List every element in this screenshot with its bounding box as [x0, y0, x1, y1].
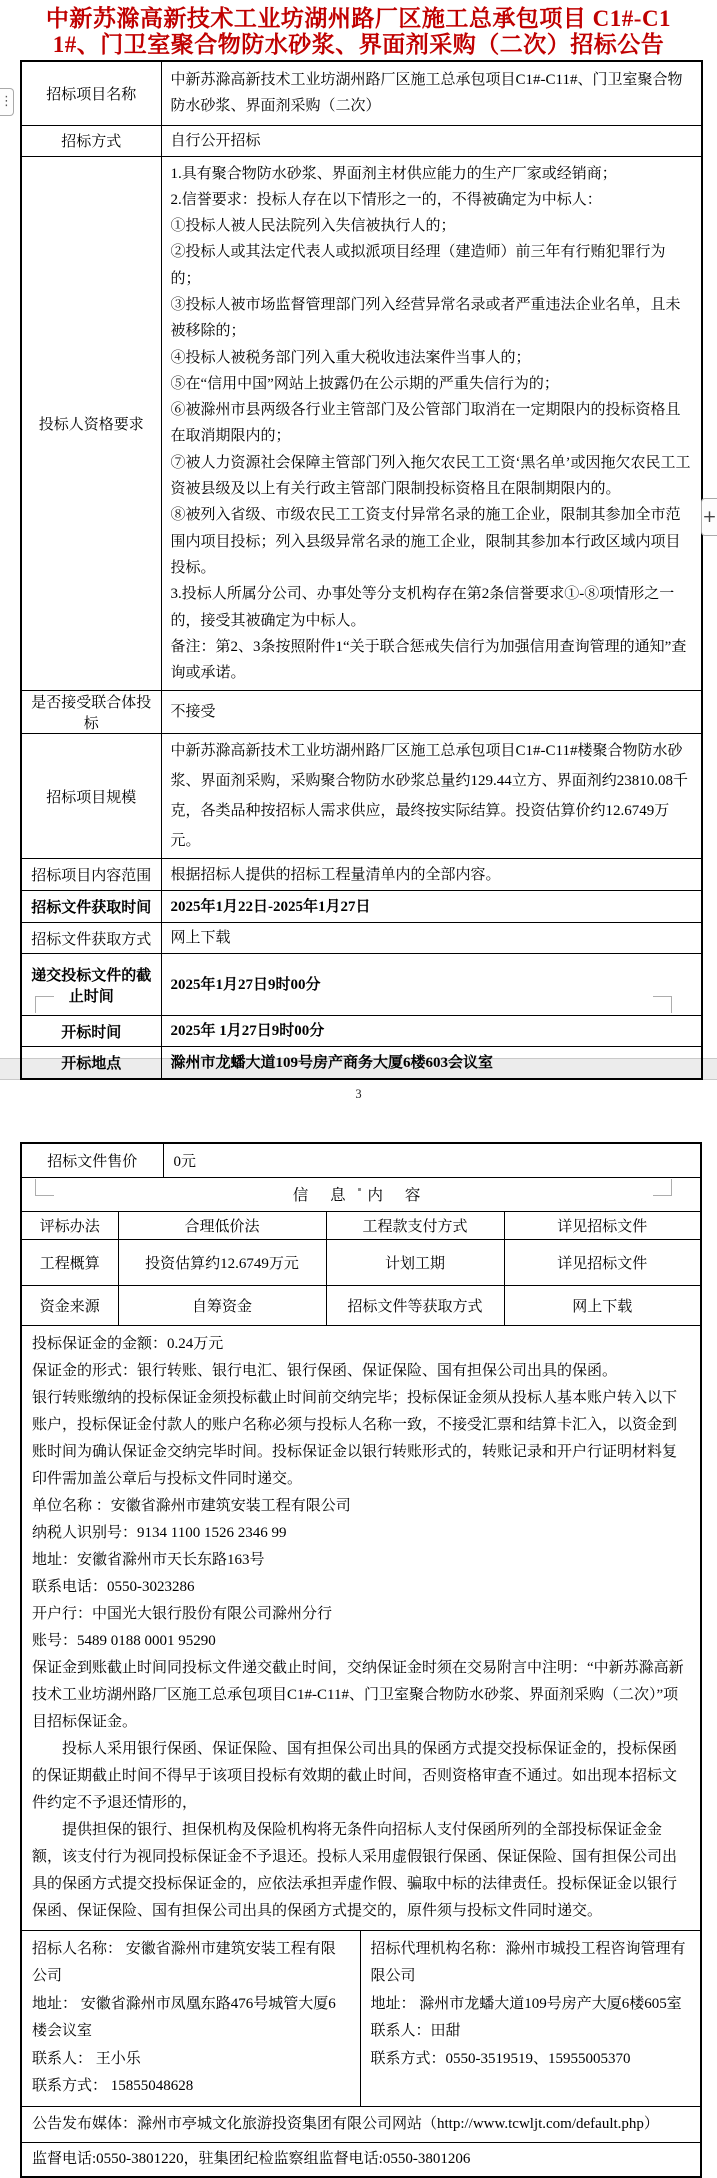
row-value: 不接受 [161, 691, 702, 734]
table-row: 招标项目内容范围 根据招标人提供的招标工程量清单内的全部内容。 [21, 859, 702, 891]
document-page-2: 招标文件售价 0元 信 息 内 容 评标办法 合理低价法 工程款支付方式 详见招… [0, 1142, 717, 2144]
sale-price-value: 0元 [163, 1143, 701, 1177]
grid-label: 工程概算 [21, 1239, 118, 1285]
page-title-line1: 中新苏滁高新技术工业坊湖州路厂区施工总承包项目 C1#-C1 [0, 6, 717, 32]
zoom-plus-button[interactable]: + [701, 498, 717, 536]
grid-label: 资金来源 [21, 1285, 118, 1325]
table-row: 招标项目规模 中新苏滁高新技术工业坊湖州路厂区施工总承包项目C1#-C11#楼聚… [21, 734, 702, 859]
grid-label: 计划工期 [326, 1239, 504, 1285]
table-row: 递交投标文件的截止时间 2025年1月27日9时00分 [21, 954, 702, 1016]
document-viewer: { "widgets": { "drag_handle_glyph": "⋮",… [0, 0, 717, 2144]
page-corner-mark [35, 1179, 54, 1196]
page-corner-mark [653, 996, 672, 1013]
page-title-line2: 1#、门卫室聚合物防水砂浆、界面剂采购（二次）招标公告 [0, 32, 717, 58]
page-number: 3 [0, 1087, 717, 1102]
row-label: 投标人资格要求 [21, 156, 161, 691]
row-label: 招标项目规模 [21, 734, 161, 859]
table-row: 招标文件售价 0元 [21, 1143, 701, 1177]
grid-label: 工程款支付方式 [326, 1211, 504, 1239]
table-row: 招标项目名称 中新苏滁高新技术工业坊湖州路厂区施工总承包项目C1#-C11#、门… [21, 61, 702, 125]
info-content-header: 信 息 内 容 [21, 1177, 701, 1211]
table-row: 监督电话:0550-3801220，驻集团纪检监察组监督电话:0550-3801… [21, 2142, 701, 2177]
page-corner-mark [35, 996, 54, 1013]
table-row: 招标文件获取方式 网上下载 [21, 923, 702, 954]
section-mark-dot [358, 1188, 361, 1191]
grid-value: 详见招标文件 [504, 1239, 701, 1285]
table-row: 公告发布媒体：滁州市亭城文化旅游投资集团有限公司网站（http://www.tc… [21, 2106, 701, 2142]
table-row: 评标办法 合理低价法 工程款支付方式 详见招标文件 [21, 1211, 701, 1239]
row-value: 自行公开招标 [161, 125, 702, 156]
table-row: 信 息 内 容 [21, 1177, 701, 1211]
row-label: 是否接受联合体投标 [21, 691, 161, 734]
row-value: 2025年1月22日-2025年1月27日 [161, 891, 702, 923]
announcement-media-cell: 公告发布媒体：滁州市亭城文化旅游投资集团有限公司网站（http://www.tc… [21, 2106, 701, 2142]
row-value: 根据招标人提供的招标工程量清单内的全部内容。 [161, 859, 702, 891]
row-value: 中新苏滁高新技术工业坊湖州路厂区施工总承包项目C1#-C11#楼聚合物防水砂浆、… [161, 734, 702, 859]
row-label: 招标文件获取方式 [21, 923, 161, 954]
grid-label: 评标办法 [21, 1211, 118, 1239]
tenderer-contact-cell: 招标人名称： 安徽省滁州市建筑安装工程有限公司地址： 安徽省滁州市凤凰东路476… [21, 1930, 360, 2106]
table-row: 投标人资格要求 1.具有聚合物防水砂浆、界面剂主材供应能力的生产厂家或经销商；2… [21, 156, 702, 691]
table-row: 招标文件获取时间 2025年1月22日-2025年1月27日 [21, 891, 702, 923]
row-value: 2025年1月27日9时00分 [161, 954, 702, 1016]
row-label: 招标项目内容范围 [21, 859, 161, 891]
table-row: 资金来源 自筹资金 招标文件等获取方式 网上下载 [21, 1285, 701, 1325]
table-row: 投标保证金的金额：0.24万元保证金的形式：银行转账、银行电汇、银行保函、保证保… [21, 1325, 701, 1930]
grid-label: 招标文件等获取方式 [326, 1285, 504, 1325]
tender-info-table: 招标文件售价 0元 信 息 内 容 评标办法 合理低价法 工程款支付方式 详见招… [20, 1142, 702, 2178]
sale-price-label: 招标文件售价 [21, 1143, 163, 1177]
grid-value: 自筹资金 [118, 1285, 326, 1325]
tender-main-table: 招标项目名称 中新苏滁高新技术工业坊湖州路厂区施工总承包项目C1#-C11#、门… [20, 60, 703, 1080]
document-page-1: 中新苏滁高新技术工业坊湖州路厂区施工总承包项目 C1#-C1 1#、门卫室聚合物… [0, 0, 717, 1058]
table-row: 开标时间 2025年 1月27日9时00分 [21, 1016, 702, 1047]
edge-drag-handle-icon[interactable]: ⋮ [0, 88, 14, 116]
row-label: 开标地点 [21, 1047, 161, 1079]
agency-contact-cell: 招标代理机构名称：滁州市城投工程咨询管理有限公司地址： 滁州市龙蟠大道109号房… [360, 1930, 701, 2106]
grid-value: 网上下载 [504, 1285, 701, 1325]
row-label: 开标时间 [21, 1016, 161, 1047]
row-label: 招标项目名称 [21, 61, 161, 125]
table-row: 开标地点 滁州市龙蟠大道109号房产商务大厦6楼603会议室 [21, 1047, 702, 1079]
deposit-terms-cell: 投标保证金的金额：0.24万元保证金的形式：银行转账、银行电汇、银行保函、保证保… [21, 1325, 701, 1930]
row-label: 招标方式 [21, 125, 161, 156]
page-corner-mark [653, 1179, 672, 1196]
row-value: 滁州市龙蟠大道109号房产商务大厦6楼603会议室 [161, 1047, 702, 1079]
row-value-multiline: 1.具有聚合物防水砂浆、界面剂主材供应能力的生产厂家或经销商；2.信誉要求：投标… [161, 156, 702, 691]
table-row: 招标人名称： 安徽省滁州市建筑安装工程有限公司地址： 安徽省滁州市凤凰东路476… [21, 1930, 701, 2106]
grid-value: 投资估算约12.6749万元 [118, 1239, 326, 1285]
grid-value: 合理低价法 [118, 1211, 326, 1239]
row-label: 招标文件获取时间 [21, 891, 161, 923]
grid-value: 详见招标文件 [504, 1211, 701, 1239]
row-value: 网上下载 [161, 923, 702, 954]
row-value: 2025年 1月27日9时00分 [161, 1016, 702, 1047]
supervision-phone-cell: 监督电话:0550-3801220，驻集团纪检监察组监督电话:0550-3801… [21, 2142, 701, 2177]
table-row: 招标方式 自行公开招标 [21, 125, 702, 156]
page-title: 中新苏滁高新技术工业坊湖州路厂区施工总承包项目 C1#-C1 1#、门卫室聚合物… [0, 0, 717, 58]
table-row: 工程概算 投资估算约12.6749万元 计划工期 详见招标文件 [21, 1239, 701, 1285]
row-value: 中新苏滁高新技术工业坊湖州路厂区施工总承包项目C1#-C11#、门卫室聚合物防水… [161, 61, 702, 125]
table-row: 是否接受联合体投标 不接受 [21, 691, 702, 734]
